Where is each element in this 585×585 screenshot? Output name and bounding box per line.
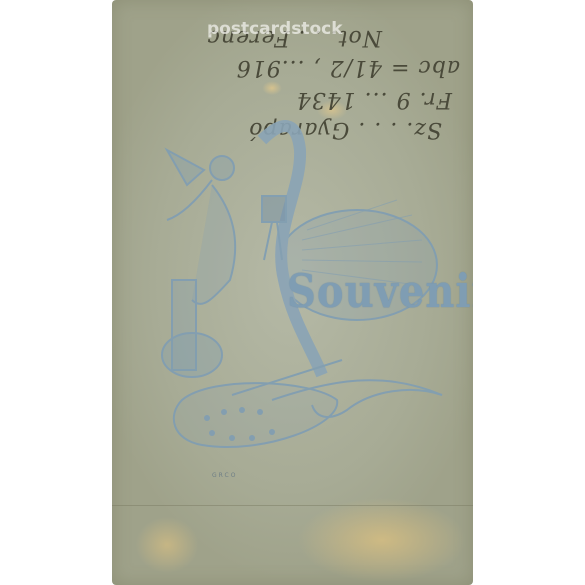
card-crease [112, 505, 473, 506]
camera-icon [262, 196, 286, 222]
photo-card-back: Sz. . . . Gyarapó Fr. 9 ... 1434 abc = 4… [112, 0, 473, 585]
printer-mark: GRCO [212, 472, 237, 479]
cherub-icon [210, 156, 234, 180]
watermark: postcardstock [207, 19, 343, 39]
palette-icon [174, 383, 337, 447]
souvenir-title: Souvenir [287, 264, 473, 318]
